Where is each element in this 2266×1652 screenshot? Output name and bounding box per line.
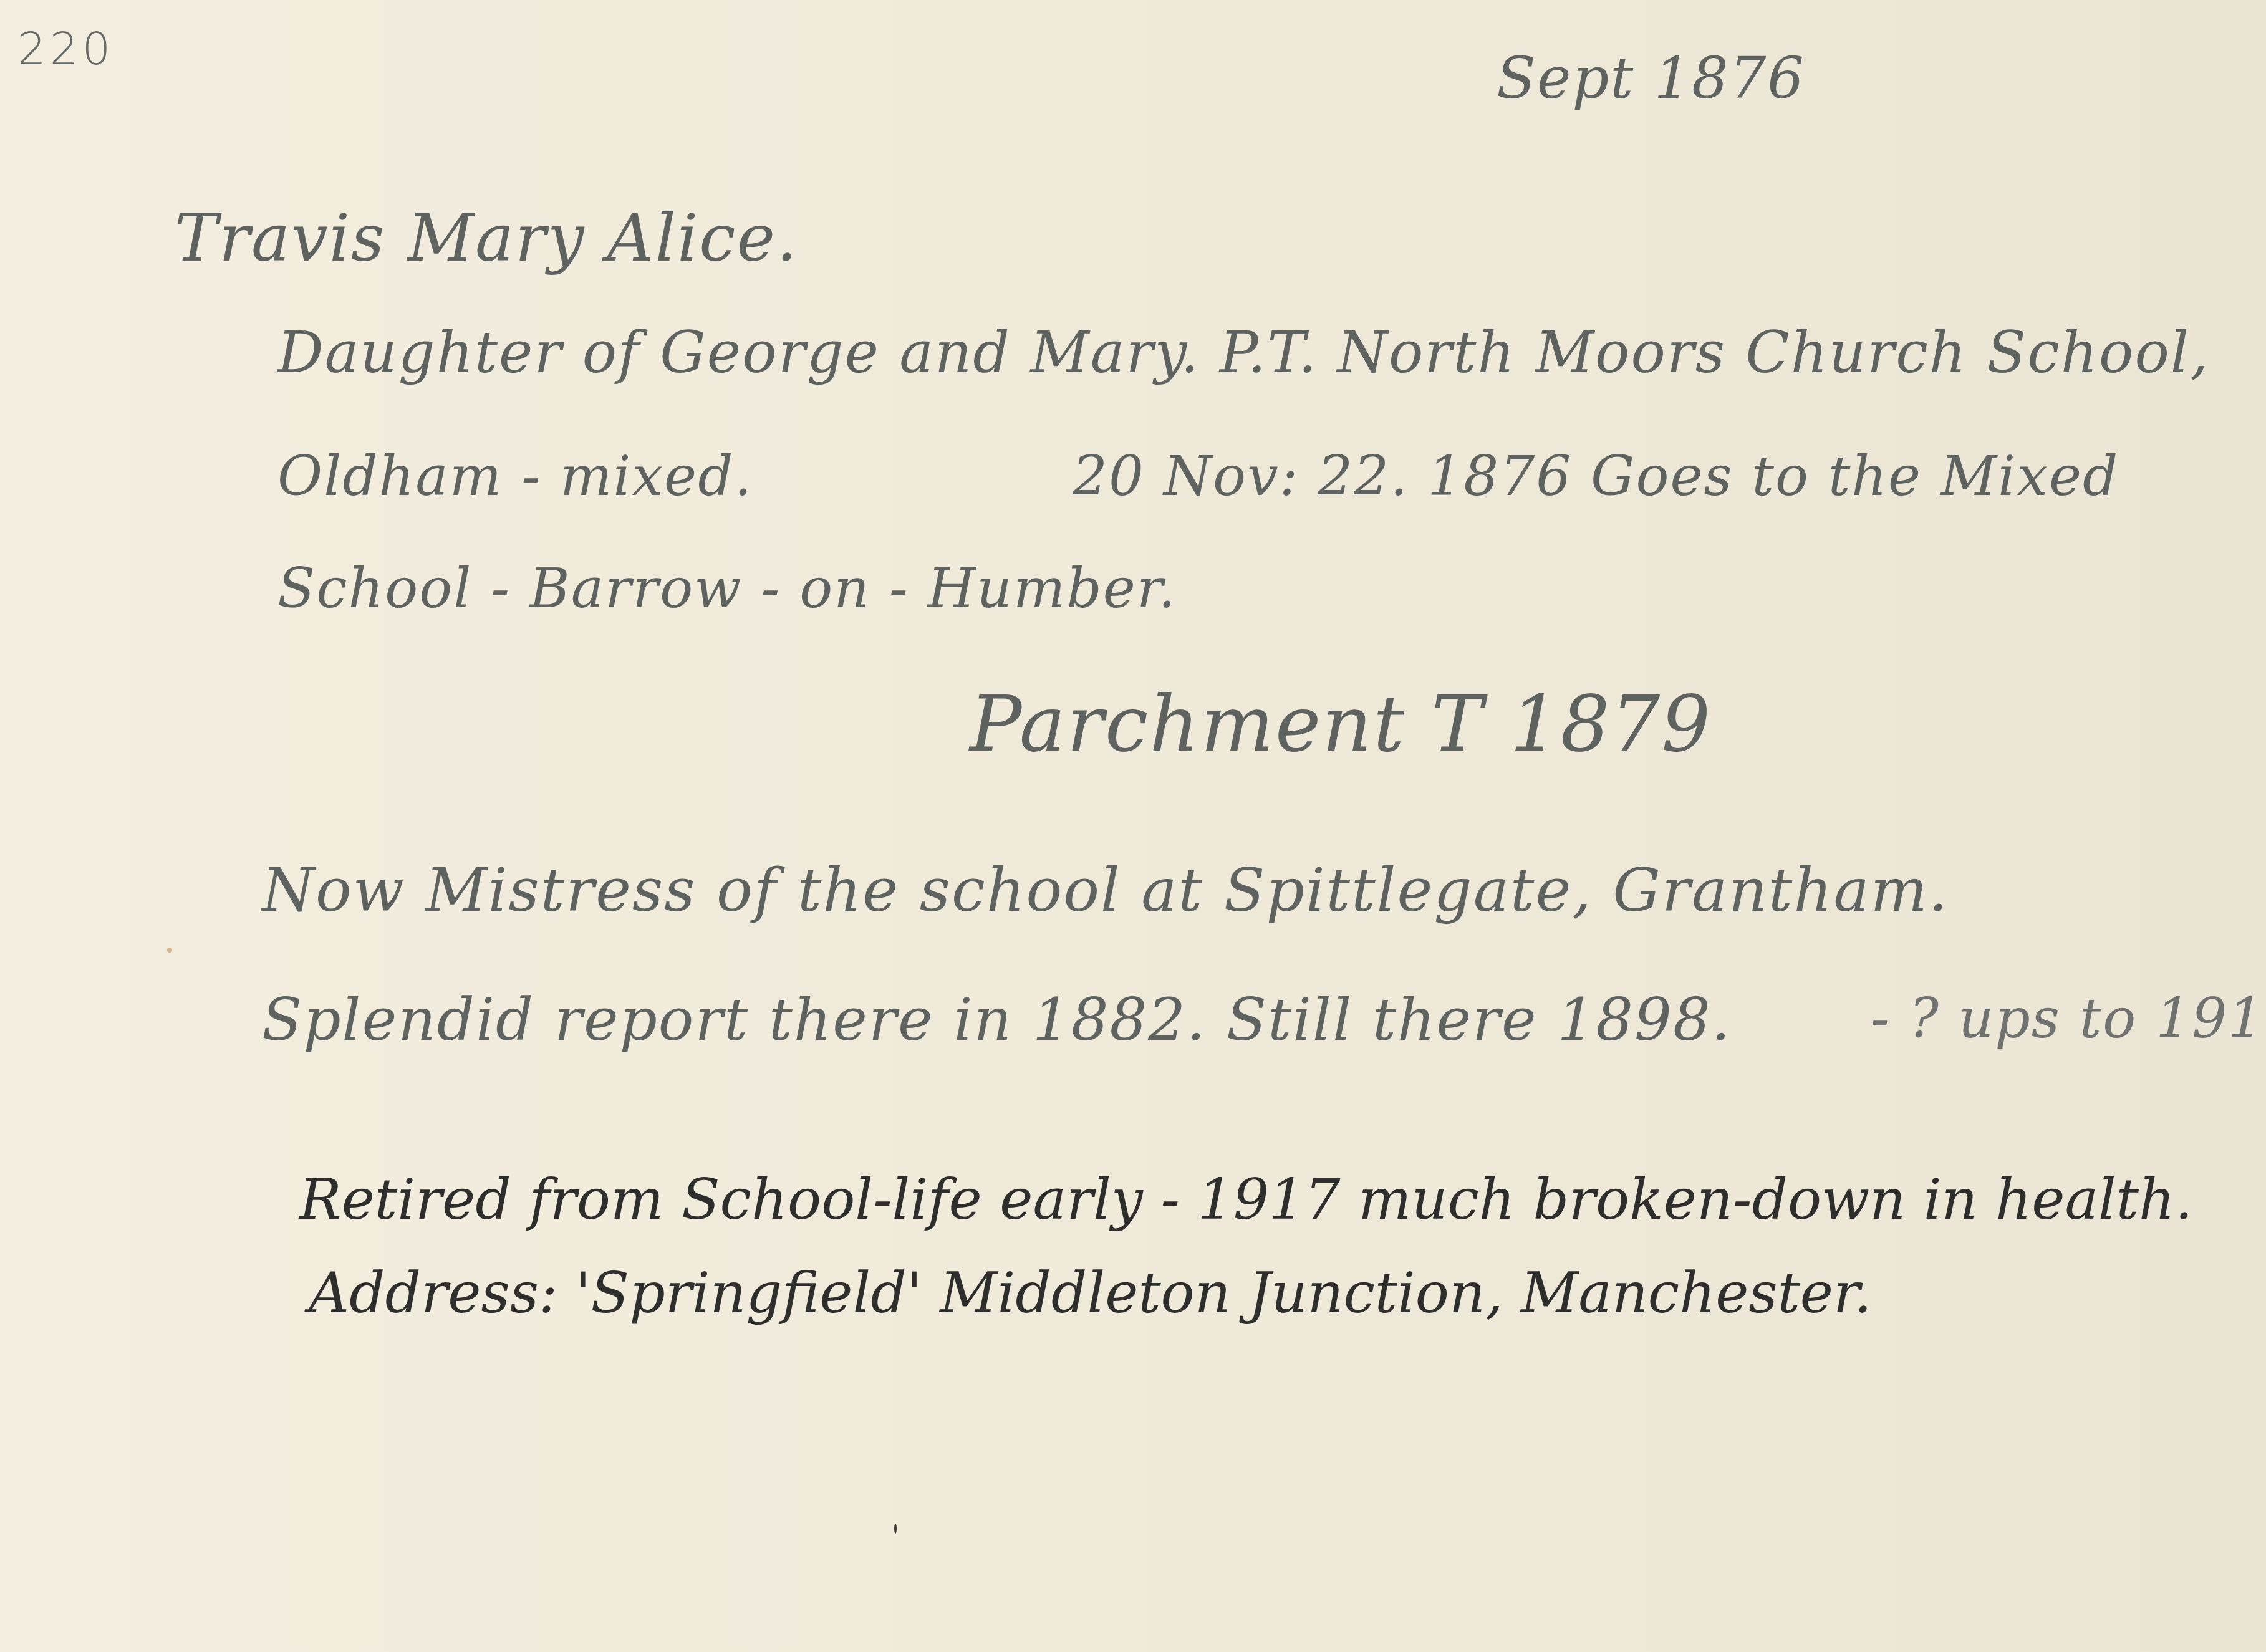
paper-speck — [894, 1524, 897, 1534]
current-position-line: Now Mistress of the school at Spittlegat… — [262, 860, 1949, 920]
page-number: 220 — [17, 26, 114, 71]
transfer-date-line: 20 Nov: 22. 1876 Goes to the Mixed — [1073, 449, 2119, 504]
parentage-and-school-line: Daughter of George and Mary. P.T. North … — [277, 324, 2209, 382]
ledger-page: 220 Sept 1876 Travis Mary Alice. Daughte… — [0, 0, 2266, 1652]
paper-speck — [167, 948, 172, 953]
school-type-line: Oldham - mixed. — [277, 449, 753, 504]
address-line: Address: 'Springfield' Middleton Junctio… — [309, 1265, 1872, 1322]
retirement-line: Retired from School-life early - 1917 mu… — [299, 1172, 2193, 1228]
entry-date: Sept 1876 — [1497, 50, 1805, 107]
report-line: Splendid report there in 1882. Still the… — [262, 991, 1732, 1050]
student-name: Travis Mary Alice. — [175, 206, 798, 271]
transfer-school-line: School - Barrow - on - Humber. — [277, 561, 1177, 616]
report-annotation: - ? ups to 1917. — [1871, 991, 2266, 1046]
parchment-certificate: Parchment T 1879 — [970, 686, 1712, 763]
